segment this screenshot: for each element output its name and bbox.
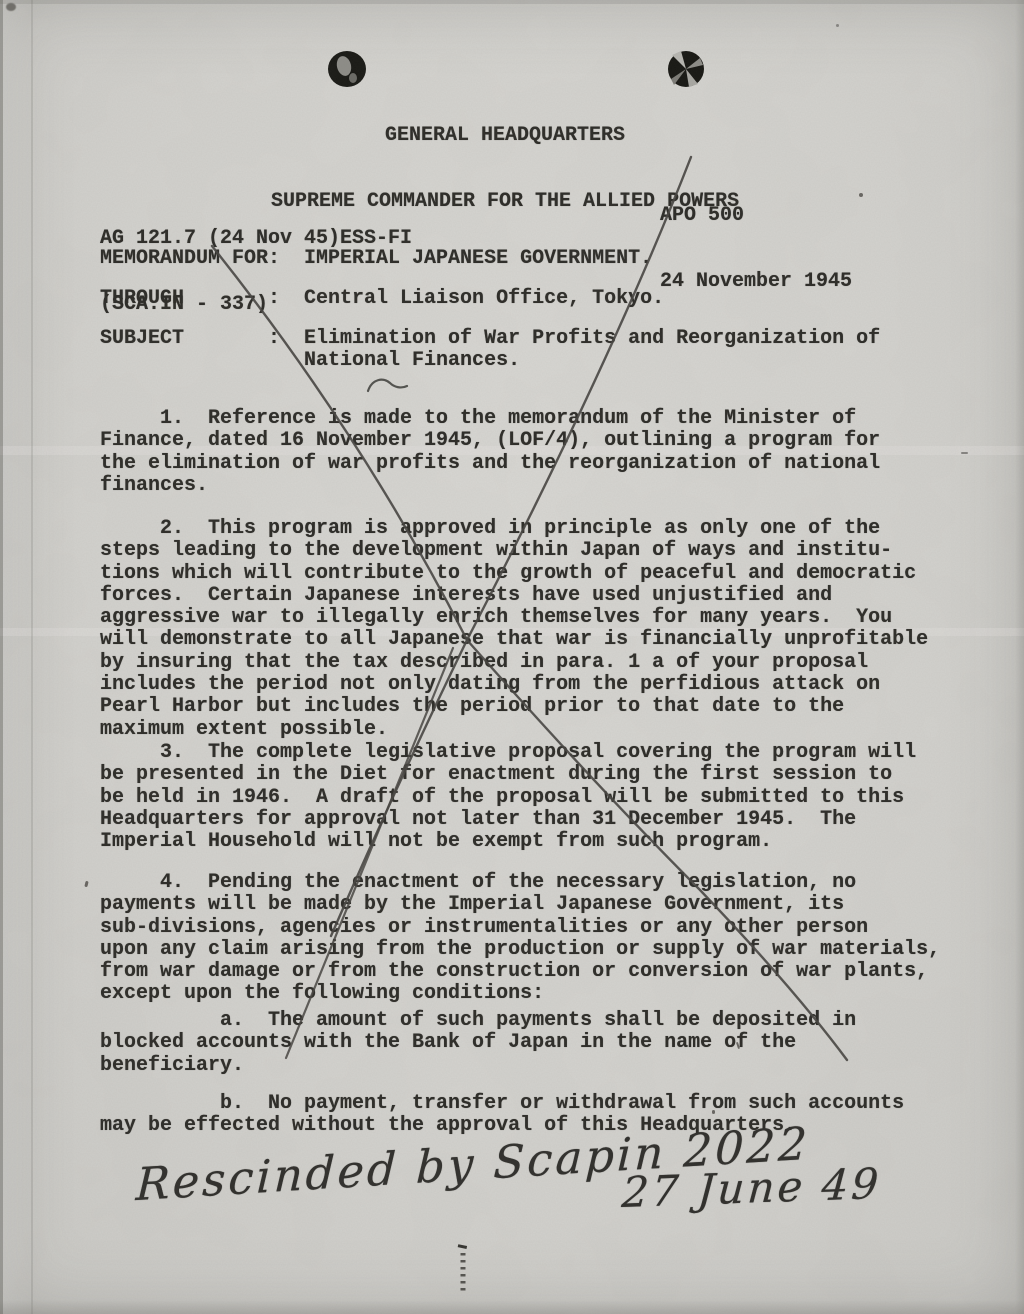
through-line: THROUGH : Central Liaison Office, Tokyo. xyxy=(100,288,664,310)
scan-speck xyxy=(859,193,863,197)
letterhead-line1: GENERAL HEADQUARTERS xyxy=(271,125,739,147)
paragraph-4a: a. The amount of such payments shall be … xyxy=(100,1010,856,1077)
scan-speck xyxy=(836,24,839,27)
document-date: 24 November 1945 xyxy=(660,271,852,293)
scan-speck xyxy=(712,1110,715,1114)
document-sheet: GENERAL HEADQUARTERS SUPREME COMMANDER F… xyxy=(0,0,1024,1314)
paragraph-3: 3. The complete legislative proposal cov… xyxy=(100,742,916,853)
handwritten-rescinded-date: 27 June 49 xyxy=(620,1159,883,1217)
paragraph-1: 1. Reference is made to the memorandum o… xyxy=(100,408,880,497)
page-edge-left-highlight xyxy=(3,0,30,1314)
page-edge-right xyxy=(1015,0,1024,1314)
squiggle-mark xyxy=(368,380,407,391)
page-edge-bottom xyxy=(0,1300,1024,1314)
scan-speck xyxy=(961,452,968,454)
memorandum-for-line: MEMORANDUM FOR: IMPERIAL JAPANESE GOVERN… xyxy=(100,248,652,270)
subject-line: SUBJECT : Elimination of War Profits and… xyxy=(100,328,880,373)
scan-speck xyxy=(6,3,16,11)
paragraph-2: 2. This program is approved in principle… xyxy=(100,518,928,741)
fold-tick-mark xyxy=(458,1244,467,1291)
page-edge-top xyxy=(0,0,1024,4)
page-crease xyxy=(31,0,33,1314)
scan-speck xyxy=(84,881,88,888)
apo-number: APO 500 xyxy=(660,205,852,227)
paragraph-4: 4. Pending the enactment of the necessar… xyxy=(100,872,940,1006)
date-block: APO 500 24 November 1945 xyxy=(660,160,852,338)
page-edge-left xyxy=(0,0,3,1314)
